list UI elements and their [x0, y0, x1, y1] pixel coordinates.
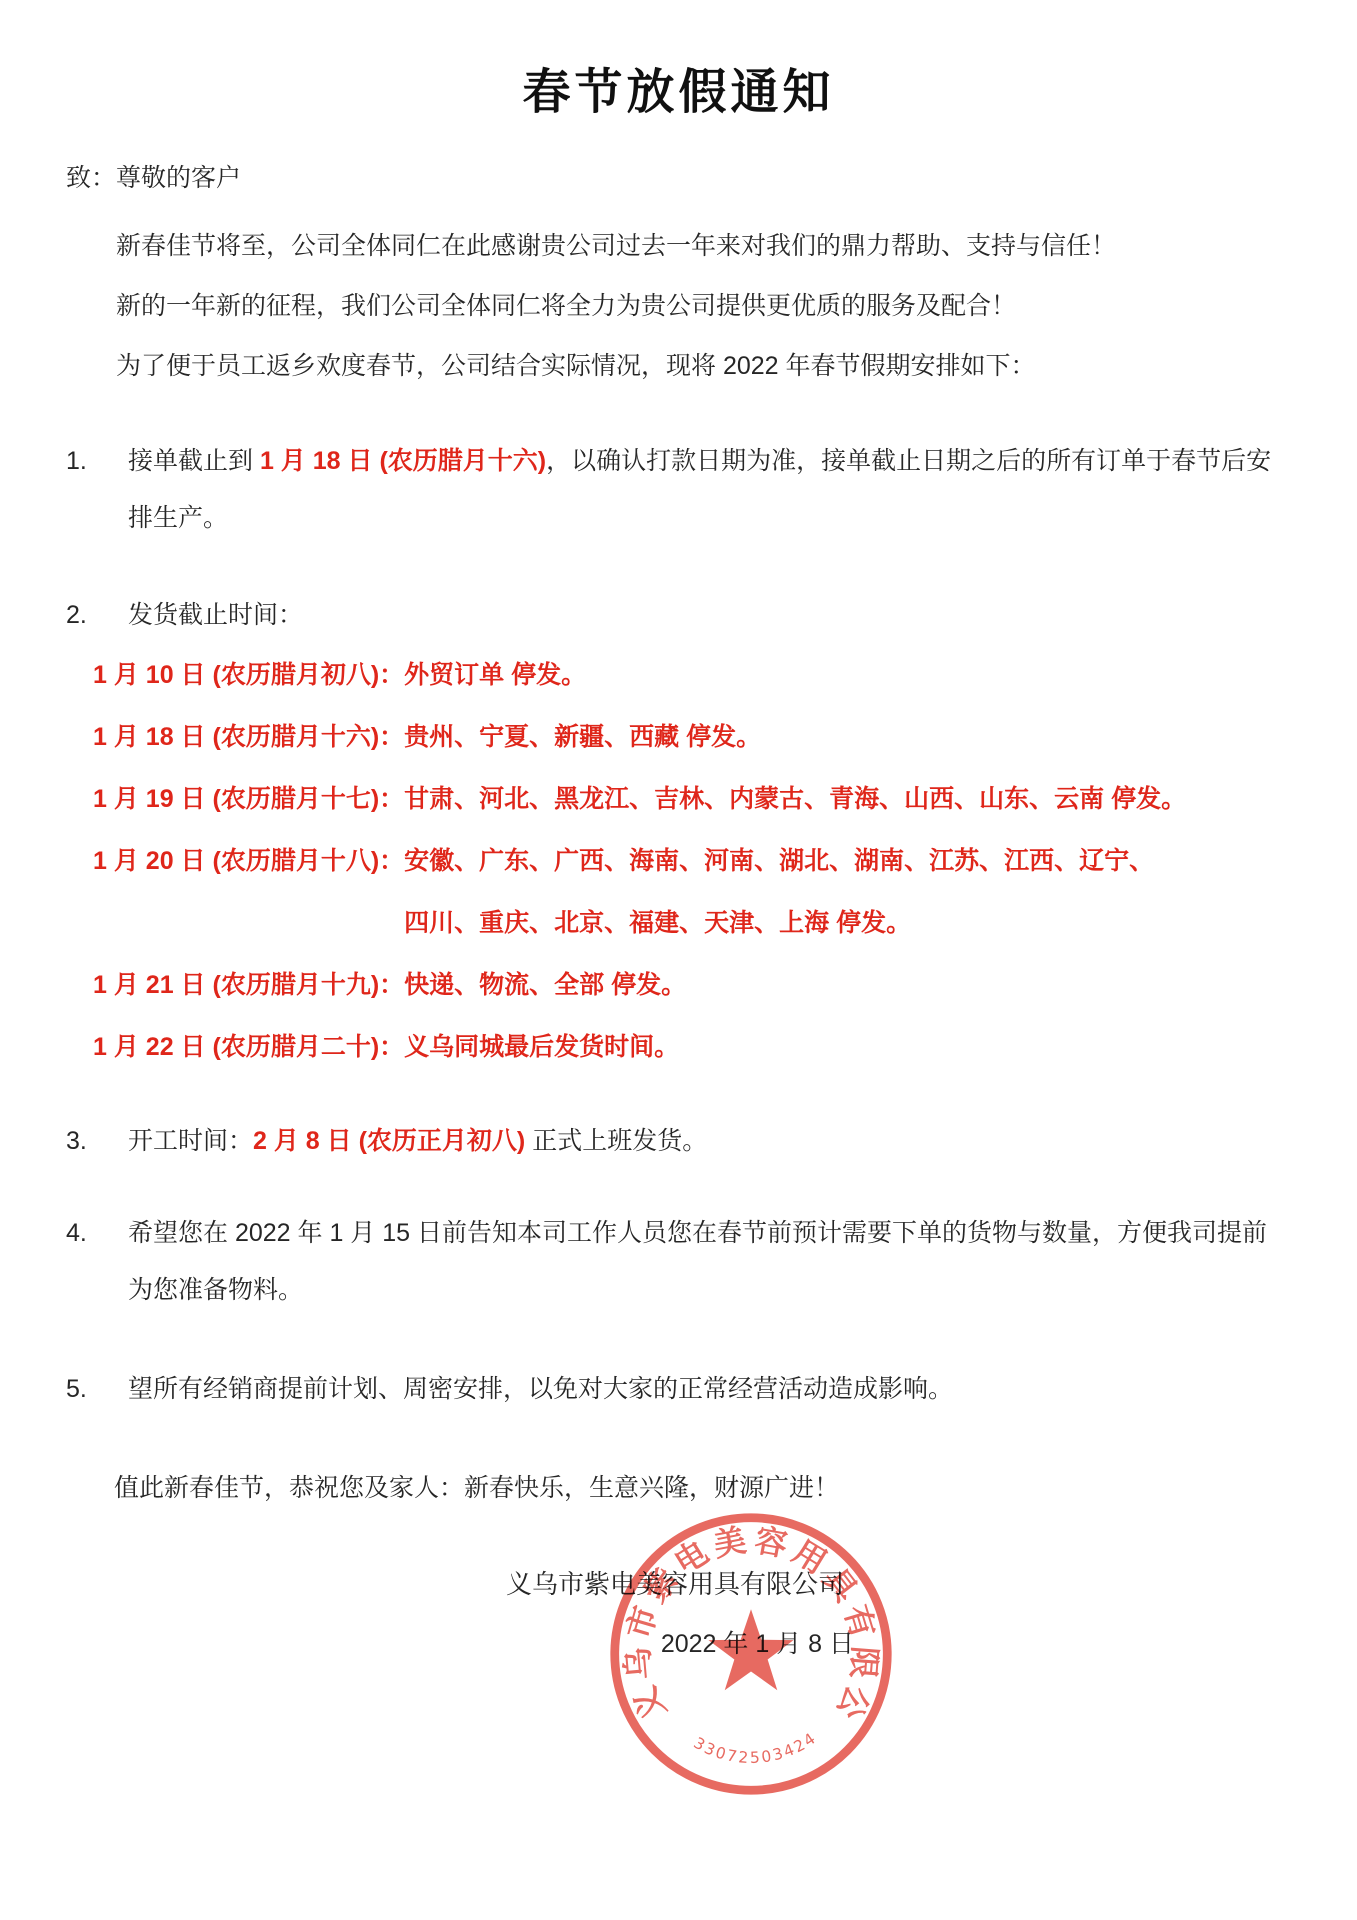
- list-item-4: 4. 希望您在 2022 年 1 月 15 日前告知本司工作人员您在春节前预计需…: [66, 1205, 1291, 1319]
- deadline-date: 1 月 21 日 (农历腊月十九)：: [93, 954, 404, 1016]
- deadline-date: 1 月 18 日 (农历腊月十六)：: [93, 706, 404, 768]
- list-item-5: 5. 望所有经销商提前计划、周密安排，以免对大家的正常经营活动造成影响。: [66, 1361, 1291, 1418]
- intro-paragraph-2: 新的一年新的征程，我们公司全体同仁将全力为贵公司提供更优质的服务及配合！: [66, 276, 1291, 336]
- item2-label: 发货截止时间：: [128, 587, 1291, 644]
- deadline-date: 1 月 19 日 (农历腊月十七)：: [93, 768, 404, 830]
- list-item-2: 2. 发货截止时间：: [66, 587, 1291, 644]
- salutation: 致：尊敬的客户: [66, 158, 1291, 198]
- item3-prefix: 开工时间：: [128, 1127, 253, 1155]
- deadline-row: 1 月 21 日 (农历腊月十九)： 快递、物流、全部 停发。: [93, 954, 1291, 1016]
- company-seal-stamp: 义乌市紫电美容用具有限公司 3307250342425: [605, 1508, 897, 1800]
- deadline-text: 贵州、宁夏、新疆、西藏 停发。: [404, 706, 1291, 768]
- item-text: 望所有经销商提前计划、周密安排，以免对大家的正常经营活动造成影响。: [128, 1361, 1291, 1418]
- deadline-text: 义乌同城最后发货时间。: [404, 1016, 1291, 1078]
- intro-paragraph-3: 为了便于员工返乡欢度春节，公司结合实际情况，现将 2022 年春节假期安排如下：: [66, 336, 1291, 396]
- intro-paragraph-1: 新春佳节将至，公司全体同仁在此感谢贵公司过去一年来对我们的鼎力帮助、支持与信任！: [66, 216, 1291, 276]
- item-number: 1.: [66, 433, 128, 547]
- deadline-text: 外贸订单 停发。: [404, 644, 1291, 706]
- intro-paragraphs: 新春佳节将至，公司全体同仁在此感谢贵公司过去一年来对我们的鼎力帮助、支持与信任！…: [66, 216, 1291, 396]
- deadline-text-line-1: 贵州、宁夏、新疆、西藏 停发。: [404, 706, 1291, 768]
- deadline-text-line-1: 快递、物流、全部 停发。: [404, 954, 1291, 1016]
- seal-star-icon: [708, 1609, 793, 1690]
- item-text: 开工时间：2 月 8 日 (农历正月初八) 正式上班发货。: [128, 1113, 1291, 1170]
- deadline-text-line-1: 安徽、广东、广西、海南、河南、湖北、湖南、江苏、江西、辽宁、: [404, 830, 1291, 892]
- deadline-text-line-2: 四川、重庆、北京、福建、天津、上海 停发。: [404, 892, 1291, 954]
- deadline-date: 1 月 22 日 (农历腊月二十)：: [93, 1016, 404, 1078]
- deadline-row: 1 月 20 日 (农历腊月十八)： 安徽、广东、广西、海南、河南、湖北、湖南、…: [93, 830, 1291, 954]
- deadline-row: 1 月 18 日 (农历腊月十六)： 贵州、宁夏、新疆、西藏 停发。: [93, 706, 1291, 768]
- deadline-row: 1 月 19 日 (农历腊月十七)： 甘肃、河北、黑龙江、吉林、内蒙古、青海、山…: [93, 768, 1291, 830]
- item-number: 4.: [66, 1205, 128, 1319]
- item-number: 2.: [66, 587, 128, 644]
- deadline-text-line-1: 义乌同城最后发货时间。: [404, 1016, 1291, 1078]
- deadline-date: 1 月 10 日 (农历腊月初八)：: [93, 644, 404, 706]
- item1-prefix: 接单截止到: [128, 447, 260, 475]
- holiday-notice-document: 春节放假通知 致：尊敬的客户 新春佳节将至，公司全体同仁在此感谢贵公司过去一年来…: [0, 0, 1357, 1920]
- deadline-text: 甘肃、河北、黑龙江、吉林、内蒙古、青海、山西、山东、云南 停发。: [404, 768, 1291, 830]
- list-item-3: 3. 开工时间：2 月 8 日 (农历正月初八) 正式上班发货。: [66, 1113, 1291, 1170]
- deadline-row: 1 月 22 日 (农历腊月二十)： 义乌同城最后发货时间。: [93, 1016, 1291, 1078]
- deadline-text-line-1: 外贸订单 停发。: [404, 644, 1291, 706]
- item-text: 希望您在 2022 年 1 月 15 日前告知本司工作人员您在春节前预计需要下单…: [128, 1205, 1291, 1319]
- item3-suffix: 正式上班发货。: [525, 1127, 707, 1155]
- deadline-text: 快递、物流、全部 停发。: [404, 954, 1291, 1016]
- item-text: 接单截止到 1 月 18 日 (农历腊月十六)，以确认打款日期为准，接单截止日期…: [128, 433, 1291, 547]
- deadline-text-line-1: 甘肃、河北、黑龙江、吉林、内蒙古、青海、山西、山东、云南 停发。: [404, 768, 1291, 830]
- deadline-row: 1 月 10 日 (农历腊月初八)： 外贸订单 停发。: [93, 644, 1291, 706]
- seal-company-arc-text: 义乌市紫电美容用具有限公司: [605, 1508, 883, 1726]
- deadline-date: 1 月 20 日 (农历腊月十八)：: [93, 830, 404, 954]
- page-title: 春节放假通知: [66, 55, 1291, 130]
- item1-highlight-date: 1 月 18 日 (农历腊月十六): [260, 447, 546, 475]
- item-number: 5.: [66, 1361, 128, 1418]
- deadline-text: 安徽、广东、广西、海南、河南、湖北、湖南、江苏、江西、辽宁、 四川、重庆、北京、…: [404, 830, 1291, 954]
- item3-highlight-date: 2 月 8 日 (农历正月初八): [253, 1127, 525, 1155]
- item-number: 3.: [66, 1113, 128, 1170]
- list-item-1: 1. 接单截止到 1 月 18 日 (农历腊月十六)，以确认打款日期为准，接单截…: [66, 433, 1291, 547]
- shipping-deadline-list: 1 月 10 日 (农历腊月初八)： 外贸订单 停发。 1 月 18 日 (农历…: [93, 644, 1291, 1078]
